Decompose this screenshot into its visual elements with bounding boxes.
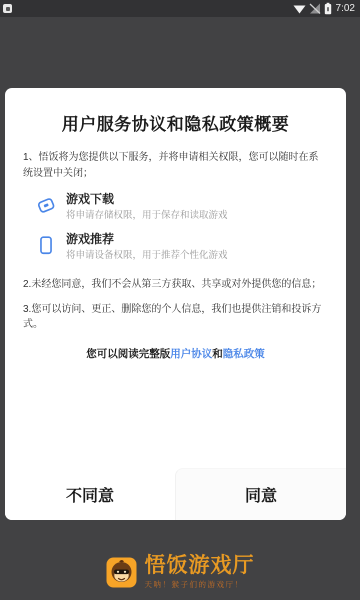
permission-desc: 将申请设备权限，用于推荐个性化游戏 [66, 249, 228, 263]
notification-app-icon [3, 4, 12, 13]
intro-text: 1、悟饭将为您提供以下服务，并将申请相关权限，您可以随时在系统设置中关闭； [23, 150, 328, 182]
game-cartridge-icon [35, 194, 57, 216]
permission-title: 游戏下载 [66, 192, 228, 207]
permission-desc: 将申请存储权限，用于保存和读取游戏 [66, 209, 228, 223]
clock-text: 7:02 [336, 3, 355, 14]
disagree-button[interactable]: 不同意 [5, 468, 175, 520]
permission-title: 游戏推荐 [66, 232, 228, 247]
read-full-prefix: 您可以阅读完整版 [86, 348, 170, 360]
wifi-icon [293, 3, 306, 14]
permission-list: 游戏下载 将申请存储权限，用于保存和读取游戏 游戏推荐 将申请设备权限，用于推荐… [35, 192, 346, 263]
agree-button[interactable]: 同意 [175, 468, 346, 520]
dialog-button-row: 不同意 同意 [5, 468, 346, 520]
app-logo-monkey-icon [106, 557, 137, 588]
dialog-title: 用户服务协议和隐私政策概要 [5, 110, 346, 135]
permission-texts: 游戏推荐 将申请设备权限，用于推荐个性化游戏 [66, 232, 228, 263]
status-bar: 7:02 [0, 0, 360, 17]
user-agreement-link[interactable]: 用户协议 [170, 348, 212, 360]
app-logo-texts: 悟饭游戏厅 天呐！猴子们的游戏厅！ [145, 554, 255, 590]
permission-texts: 游戏下载 将申请存储权限，用于保存和读取游戏 [66, 192, 228, 223]
app-slogan: 天呐！猴子们的游戏厅！ [145, 579, 255, 590]
phone-icon [35, 234, 57, 256]
app-name: 悟饭游戏厅 [145, 554, 255, 577]
battery-icon [324, 2, 332, 15]
permission-item-recommend: 游戏推荐 将申请设备权限，用于推荐个性化游戏 [35, 232, 346, 263]
footer-logo: 悟饭游戏厅 天呐！猴子们的游戏厅！ [0, 554, 360, 590]
permission-item-download: 游戏下载 将申请存储权限，用于保存和读取游戏 [35, 192, 346, 223]
privacy-policy-link[interactable]: 隐私政策 [223, 348, 265, 360]
read-full-line: 您可以阅读完整版用户协议和隐私政策 [5, 346, 346, 361]
agreement-dialog: 用户服务协议和隐私政策概要 1、悟饭将为您提供以下服务，并将申请相关权限，您可以… [5, 88, 346, 520]
no-sim-icon [309, 3, 321, 14]
read-full-conjunction: 和 [212, 348, 223, 360]
clause-2-text: 2.未经您同意，我们不会从第三方获取、共享或对外提供您的信息； [23, 277, 328, 292]
clause-3-text: 3.您可以访问、更正、删除您的个人信息，我们也提供注销和投诉方式。 [23, 302, 328, 332]
